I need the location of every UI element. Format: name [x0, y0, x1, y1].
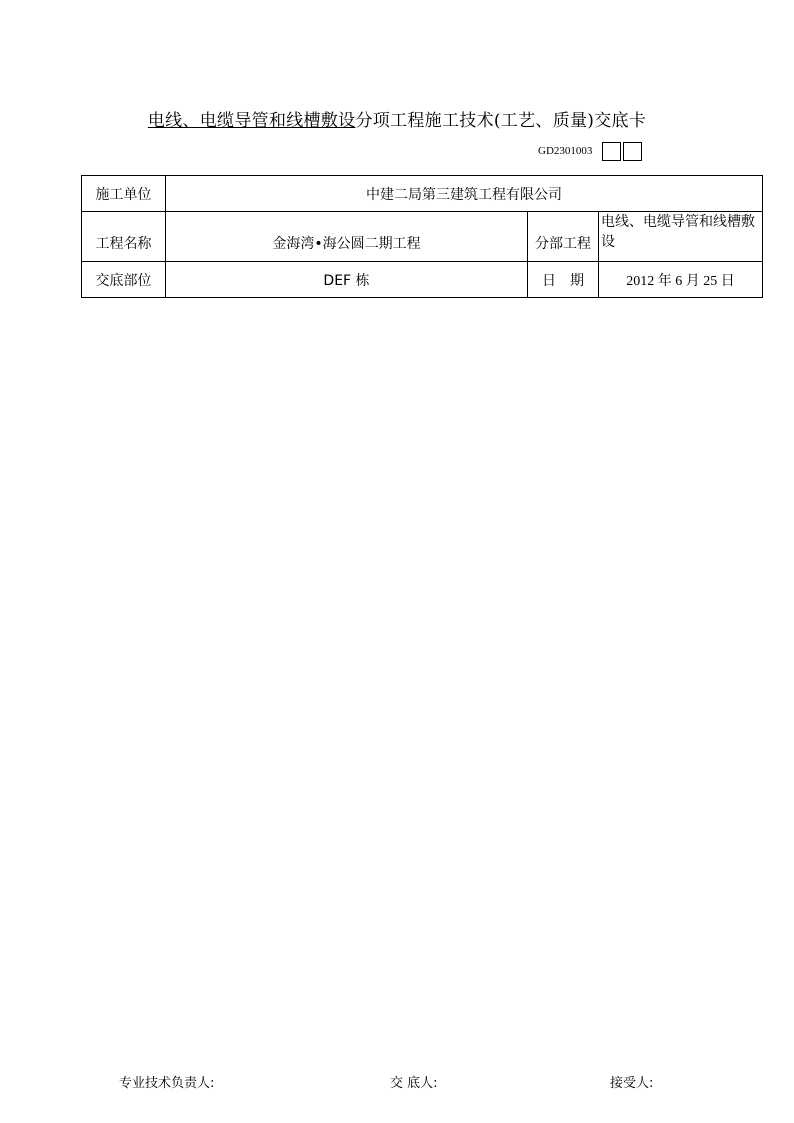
value-construction-unit: 中建二局第三建筑工程有限公司	[166, 176, 763, 212]
label-location: 交底部位	[82, 262, 166, 298]
value-location: DEF 栋	[166, 262, 528, 298]
signature-tech-lead: 专业技术负责人:	[119, 1072, 214, 1091]
label-project-name: 工程名称	[82, 212, 166, 262]
title-rest: 分项工程施工技术(工艺、质量)交底卡	[355, 111, 646, 131]
value-date: 2012 年 6 月 25 日	[599, 262, 763, 298]
value-division: 电线、电缆导管和线槽敷设	[599, 212, 763, 262]
checkbox-2[interactable]	[623, 142, 642, 161]
title-subject: 电线、电缆导管和线槽敷设	[148, 111, 356, 131]
checkbox-1[interactable]	[602, 142, 621, 161]
label-date: 日 期	[528, 262, 599, 298]
label-division: 分部工程	[528, 212, 599, 262]
form-code: GD2301003	[538, 145, 592, 157]
value-project-name: 金海湾•海公圆二期工程	[166, 212, 528, 262]
signature-presenter: 交 底人:	[390, 1072, 438, 1091]
disclosure-table: 施工单位 中建二局第三建筑工程有限公司 工程名称 金海湾•海公圆二期工程 分部工…	[81, 175, 763, 298]
label-construction-unit: 施工单位	[82, 176, 166, 212]
form-code-row: GD2301003	[538, 141, 644, 161]
document-title: 电线、电缆导管和线槽敷设分项工程施工技术(工艺、质量)交底卡	[0, 106, 794, 131]
signature-receiver: 接受人:	[610, 1072, 653, 1091]
